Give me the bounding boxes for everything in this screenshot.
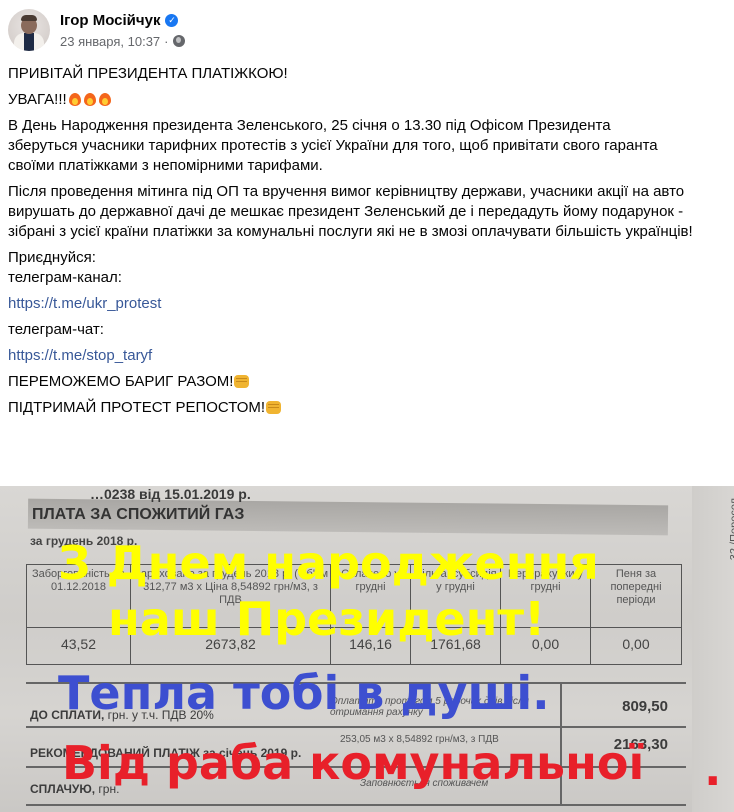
overlay-birthday: З Днем народження — [58, 536, 599, 590]
separator-dot: · — [164, 34, 168, 49]
post-timestamp[interactable]: 23 января, 10:37 — [60, 34, 160, 49]
bill-doc-number: …0238 від 15.01.2019 р. — [90, 486, 251, 502]
fist-emoji-icon — [234, 375, 249, 388]
overlay-president: наш Президент! — [108, 592, 545, 646]
overlay-period: . — [704, 742, 721, 796]
post-header: Ігор Мосійчук ✓ 23 января, 10:37 · — [8, 8, 185, 52]
post-meta: Ігор Мосійчук ✓ 23 января, 10:37 · — [60, 12, 185, 49]
post-body: ПРИВІТАЙ ПРЕЗИДЕНТА ПЛАТІЖКОЮ! УВАГА!!! … — [8, 64, 728, 424]
author-avatar[interactable] — [8, 9, 50, 51]
verified-badge-icon: ✓ — [165, 14, 178, 27]
chat-label: телеграм-чат: — [8, 320, 728, 340]
fire-emoji-icon — [83, 90, 97, 106]
avatar-shirt — [24, 33, 34, 51]
slogan-text-1: ПЕРЕМОЖЕМО БАРИГ РАЗОМ! — [8, 373, 233, 390]
avatar-hair — [21, 15, 37, 21]
bill-value: 0,00 — [591, 628, 682, 664]
author-name[interactable]: Ігор Мосійчук — [60, 12, 160, 29]
attention-text: УВАГА!!! — [8, 91, 67, 108]
channel-link[interactable]: https://t.me/ukr_protest — [8, 295, 161, 312]
globe-icon[interactable] — [173, 35, 185, 47]
bill-col-header: Пеня за попередні періоди — [591, 565, 682, 627]
paragraph-protest: В День Народження президента Зеленського… — [8, 116, 658, 176]
author-row: Ігор Мосійчук ✓ — [60, 12, 185, 30]
bill-side-text: …32 /Пересел — [728, 498, 734, 571]
fire-emoji-icon — [98, 90, 112, 106]
chat-link-line: https://t.me/stop_taryf — [8, 346, 728, 366]
bill-title: ПЛАТА ЗА СПОЖИТИЙ ГАЗ — [32, 506, 244, 524]
slogan-line-1: ПЕРЕМОЖЕМО БАРИГ РАЗОМ! — [8, 372, 728, 392]
headline: ПРИВІТАЙ ПРЕЗИДЕНТА ПЛАТІЖКОЮ! — [8, 64, 728, 84]
fist-emoji-icon — [266, 401, 281, 414]
post-subline: 23 января, 10:37 · — [60, 34, 185, 49]
bill-divider — [26, 804, 686, 806]
post-photo[interactable]: …0238 від 15.01.2019 р. ПЛАТА ЗА СПОЖИТИ… — [0, 486, 734, 812]
overlay-from-slave: Від раба комунальної — [62, 736, 644, 790]
bill-divider — [26, 726, 686, 728]
slogan-text-2: ПІДТРИМАЙ ПРОТЕСТ РЕПОСТОМ! — [8, 399, 265, 416]
slogan-line-2: ПІДТРИМАЙ ПРОТЕСТ РЕПОСТОМ! — [8, 398, 728, 418]
chat-link[interactable]: https://t.me/stop_taryf — [8, 347, 152, 364]
channel-label: телеграм-канал: — [8, 268, 728, 288]
overlay-warmth: Тепла тобі в душі. — [58, 666, 550, 720]
attention-line: УВАГА!!! — [8, 90, 728, 110]
join-label: Приєднуйся: — [8, 248, 728, 268]
due-amount: 809,50 — [622, 698, 668, 715]
paragraph-plan: Після проведення мітинга під ОП та вруче… — [8, 182, 720, 242]
fire-emoji-icon — [68, 90, 82, 106]
channel-link-line: https://t.me/ukr_protest — [8, 294, 728, 314]
